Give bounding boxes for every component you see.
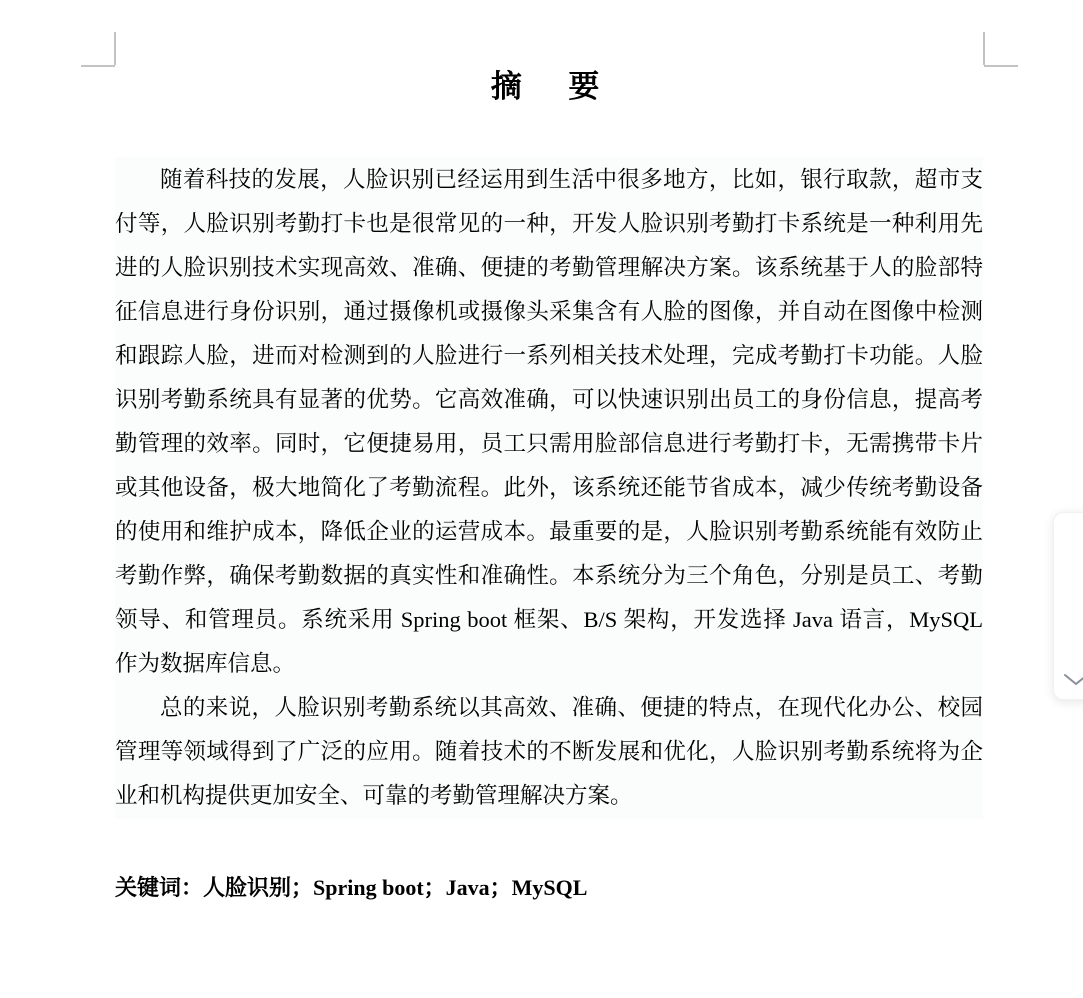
chevron-down-icon[interactable] xyxy=(1063,673,1083,687)
keywords-label: 关键词： xyxy=(115,875,203,900)
body-paragraph[interactable]: 总的来说，人脸识别考勤系统以其高效、准确、便捷的特点，在现代化办公、校园管理等领… xyxy=(115,686,983,818)
body-paragraph[interactable]: 随着科技的发展，人脸识别已经运用到生活中很多地方，比如，银行取款，超市支付等，人… xyxy=(115,158,983,686)
abstract-text-block[interactable]: 随着科技的发展，人脸识别已经运用到生活中很多地方，比如，银行取款，超市支付等，人… xyxy=(115,157,983,819)
page-title[interactable]: 摘 要 xyxy=(115,66,983,108)
document-page: 摘 要 随着科技的发展，人脸识别已经运用到生活中很多地方，比如，银行取款，超市支… xyxy=(0,0,1083,998)
keywords-value: 人脸识别；Spring boot；Java；MySQL xyxy=(203,875,587,900)
keywords-line[interactable]: 关键词：人脸识别；Spring boot；Java；MySQL xyxy=(115,872,983,904)
floating-side-panel[interactable] xyxy=(1053,512,1083,700)
margin-crop-mark-top-left xyxy=(81,32,116,67)
margin-crop-mark-top-right xyxy=(983,32,1018,67)
